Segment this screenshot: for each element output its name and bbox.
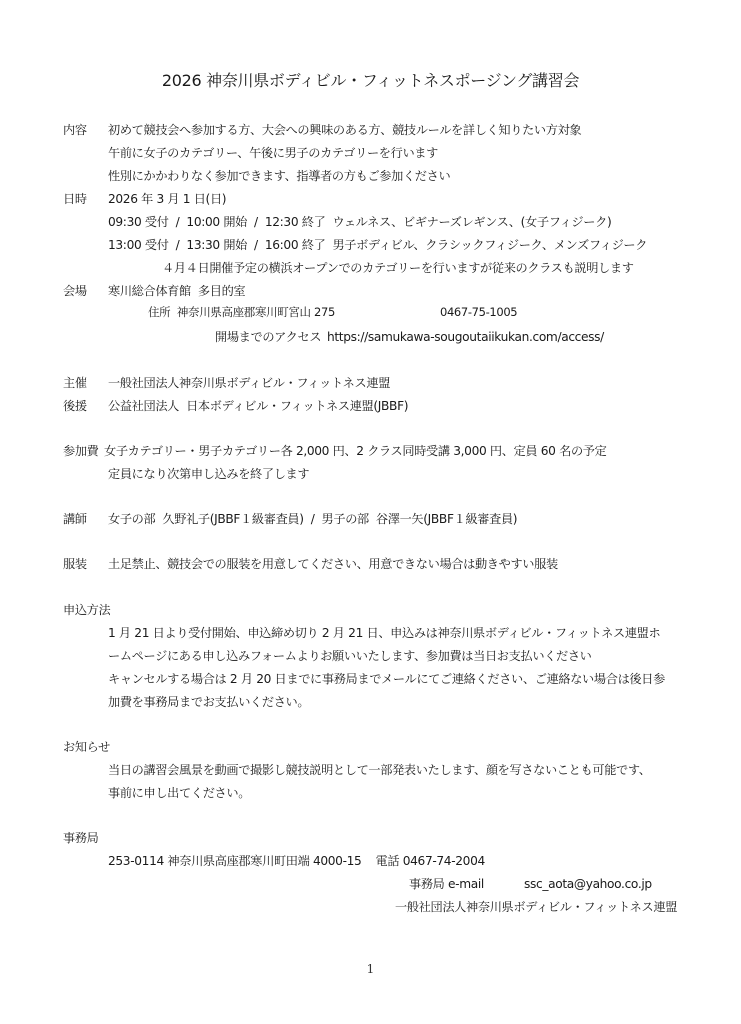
- notice-label: お知らせ: [63, 739, 110, 755]
- afternoon-schedule: 13:00 受付 / 13:30 開始 / 16:00 終了 男子ボディビル、ク…: [108, 237, 647, 253]
- application-label: 申込方法: [63, 602, 110, 618]
- application-line-3: キャンセルする場合は 2 月 20 日までに事務局までメールにてご連絡ください、…: [108, 671, 665, 687]
- office-org: 一般社団法人神奈川県ボディビル・フィットネス連盟: [395, 899, 677, 915]
- page-number: 1: [0, 962, 741, 976]
- datetime-label: 日時: [63, 191, 87, 207]
- venue-address: 住所 神奈川県高座郡寒川町宮山 275: [148, 304, 335, 320]
- office-address: 253-0114 神奈川県高座郡寒川町田端 4000-15 電話 0467-74…: [108, 853, 485, 869]
- instructors-value: 女子の部 久野礼子(JBBF１級審査員) / 男子の部 谷澤一矢(JBBF１級審…: [108, 511, 517, 527]
- event-date: 2026 年 3 月 1 日(日): [108, 191, 226, 207]
- sponsor-value: 公益社団法人 日本ボディビル・フィットネス連盟(JBBF): [108, 398, 408, 414]
- notice-line-2: 事前に申し出てください。: [108, 785, 250, 801]
- organizer-label: 主催: [63, 375, 87, 391]
- office-email-label: 事務局 e-mail: [409, 876, 484, 892]
- document-page: 2026 神奈川県ボディビル・フィットネスポージング講習会 内容 初めて競技会へ…: [0, 0, 741, 1024]
- content-line-2: 午前に女子のカテゴリー、午後に男子のカテゴリーを行います: [108, 145, 438, 161]
- venue-label: 会場: [63, 283, 87, 299]
- application-line-4: 加費を事務局までお支払いください。: [108, 694, 309, 710]
- content-line-1: 初めて競技会へ参加する方、大会への興味のある方、競技ルールを詳しく知りたい方対象: [108, 122, 581, 138]
- document-title: 2026 神奈川県ボディビル・フィットネスポージング講習会: [0, 68, 741, 91]
- schedule-note: ４月４日開催予定の横浜オープンでのカテゴリーを行いますが従来のクラスも説明します: [162, 260, 634, 276]
- venue-phone: 0467-75-1005: [440, 304, 517, 320]
- attire-value: 土足禁止、競技会での服装を用意してください、用意できない場合は動きやすい服装: [108, 556, 558, 572]
- office-label: 事務局: [63, 830, 99, 846]
- content-label: 内容: [63, 122, 87, 138]
- fee-line-1: 女子カテゴリー・男子カテゴリー各 2,000 円、2 クラス同時受講 3,000…: [104, 443, 606, 459]
- morning-schedule: 09:30 受付 / 10:00 開始 / 12:30 終了 ウェルネス、ビギナ…: [108, 214, 611, 230]
- application-line-2: ームページにある申し込みフォームよりお願いいたします、参加費は当日お支払いくださ…: [108, 648, 592, 664]
- venue-name: 寒川総合体育館 多目的室: [108, 283, 245, 299]
- organizer-value: 一般社団法人神奈川県ボディビル・フィットネス連盟: [108, 375, 390, 391]
- notice-line-1: 当日の講習会風景を動画で撮影し競技説明として一部発表いたします、顔を写さないこと…: [108, 762, 651, 778]
- access-label: 開場までのアクセス: [215, 329, 321, 345]
- instructors-label: 講師: [63, 511, 87, 527]
- sponsor-label: 後援: [63, 398, 87, 414]
- fee-line-2: 定員になり次第申し込みを終了します: [108, 466, 309, 482]
- content-line-3: 性別にかかわりなく参加できます、指導者の方もご参加ください: [108, 168, 450, 184]
- fee-label: 参加費: [63, 443, 99, 459]
- attire-label: 服装: [63, 556, 87, 572]
- application-line-1: 1 月 21 日より受付開始、申込締め切り 2 月 21 日、申込みは神奈川県ボ…: [108, 625, 660, 641]
- office-email-link[interactable]: ssc_aota@yahoo.co.jp: [524, 876, 652, 892]
- access-url-link[interactable]: https://samukawa-sougoutaiikukan.com/acc…: [327, 329, 604, 345]
